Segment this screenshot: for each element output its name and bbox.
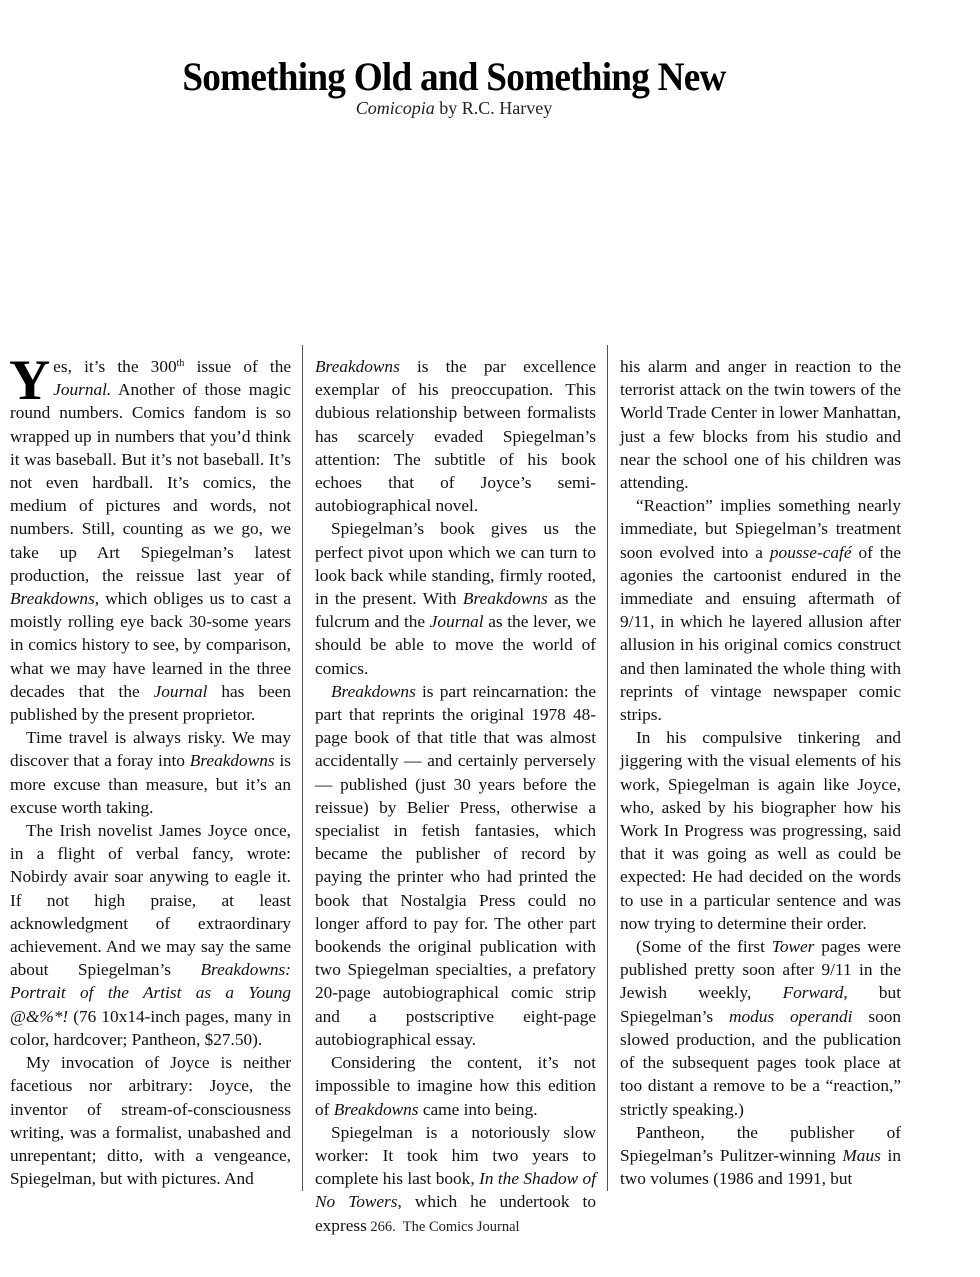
column-divider: [302, 345, 303, 1191]
paragraph: Yes, it’s the 300th issue of the Journal…: [10, 355, 291, 726]
text-column-2: Breakdowns is the par excellence exempla…: [315, 355, 596, 1237]
page-footer: 266. The Comics Journal: [0, 1219, 890, 1236]
text-run: of the agonies the cartoonist endured in…: [620, 543, 901, 724]
text-run: In his compulsive tinkering and jiggerin…: [620, 728, 901, 933]
text-column-3: his alarm and anger in reaction to the t…: [620, 355, 901, 1190]
text-column-1: Yes, it’s the 300th issue of the Journal…: [10, 355, 291, 1190]
byline: Comicopia by R.C. Harvey: [0, 98, 908, 119]
italic-text: pousse-café: [770, 543, 852, 562]
paragraph: Pantheon, the publisher of Spiegelman’s …: [620, 1121, 901, 1191]
publication-name: The Comics Journal: [403, 1219, 520, 1235]
italic-text: Breakdowns,: [10, 589, 99, 608]
column-divider: [607, 345, 608, 1191]
text-run: (Some of the first: [636, 937, 772, 956]
paragraph: My invocation of Joyce is neither faceti…: [10, 1051, 291, 1190]
italic-text: Breakdowns: [331, 682, 416, 701]
paragraph: Spiegelman’s book gives us the perfect p…: [315, 517, 596, 679]
text-run: Another of those magic round numbers. Co…: [10, 380, 291, 585]
paragraph: Breakdowns is part reincarnation: the pa…: [315, 680, 596, 1051]
italic-text: Breakdowns: [315, 357, 400, 376]
drop-cap: Y: [9, 359, 50, 403]
italic-text: Journal: [154, 682, 208, 701]
italic-text: Breakdowns: [190, 751, 275, 770]
page-number: 266.: [370, 1219, 395, 1235]
italic-text: Maus: [842, 1146, 880, 1165]
text-run: is the par excellence exemplar of his pr…: [315, 357, 596, 515]
paragraph: The Irish novelist James Joyce once, in …: [10, 819, 291, 1051]
text-run: My invocation of Joyce is neither faceti…: [10, 1053, 291, 1188]
author: by R.C. Harvey: [439, 98, 552, 118]
italic-text: Tower: [772, 937, 815, 956]
article-title: Something Old and Something New: [32, 53, 876, 100]
paragraph: Considering the content, it’s not imposs…: [315, 1051, 596, 1121]
text-run: came into being.: [419, 1100, 538, 1119]
italic-text: Breakdowns: [334, 1100, 419, 1119]
paragraph: (Some of the first Tower pages were publ…: [620, 935, 901, 1121]
paragraph: his alarm and anger in reaction to the t…: [620, 355, 901, 494]
italic-text: Journal.: [53, 380, 111, 399]
text-run: his alarm and anger in reaction to the t…: [620, 357, 901, 492]
text-run: is part reincarnation: the part that rep…: [315, 682, 596, 1049]
column-name: Comicopia: [356, 98, 435, 118]
paragraph: Time travel is always risky. We may disc…: [10, 726, 291, 819]
paragraph: In his compulsive tinkering and jiggerin…: [620, 726, 901, 935]
italic-text: Journal: [430, 612, 484, 631]
text-run: es, it’s the 300: [53, 357, 176, 376]
italic-text: Breakdowns: [463, 589, 548, 608]
italic-text: Forward,: [783, 983, 848, 1002]
paragraph: Breakdowns is the par excellence exempla…: [315, 355, 596, 517]
italic-text: modus operandi: [729, 1007, 852, 1026]
text-run: issue of the: [184, 357, 291, 376]
text-run: The Irish novelist James Joyce once, in …: [10, 821, 291, 979]
paragraph: “Reaction” implies something nearly imme…: [620, 494, 901, 726]
